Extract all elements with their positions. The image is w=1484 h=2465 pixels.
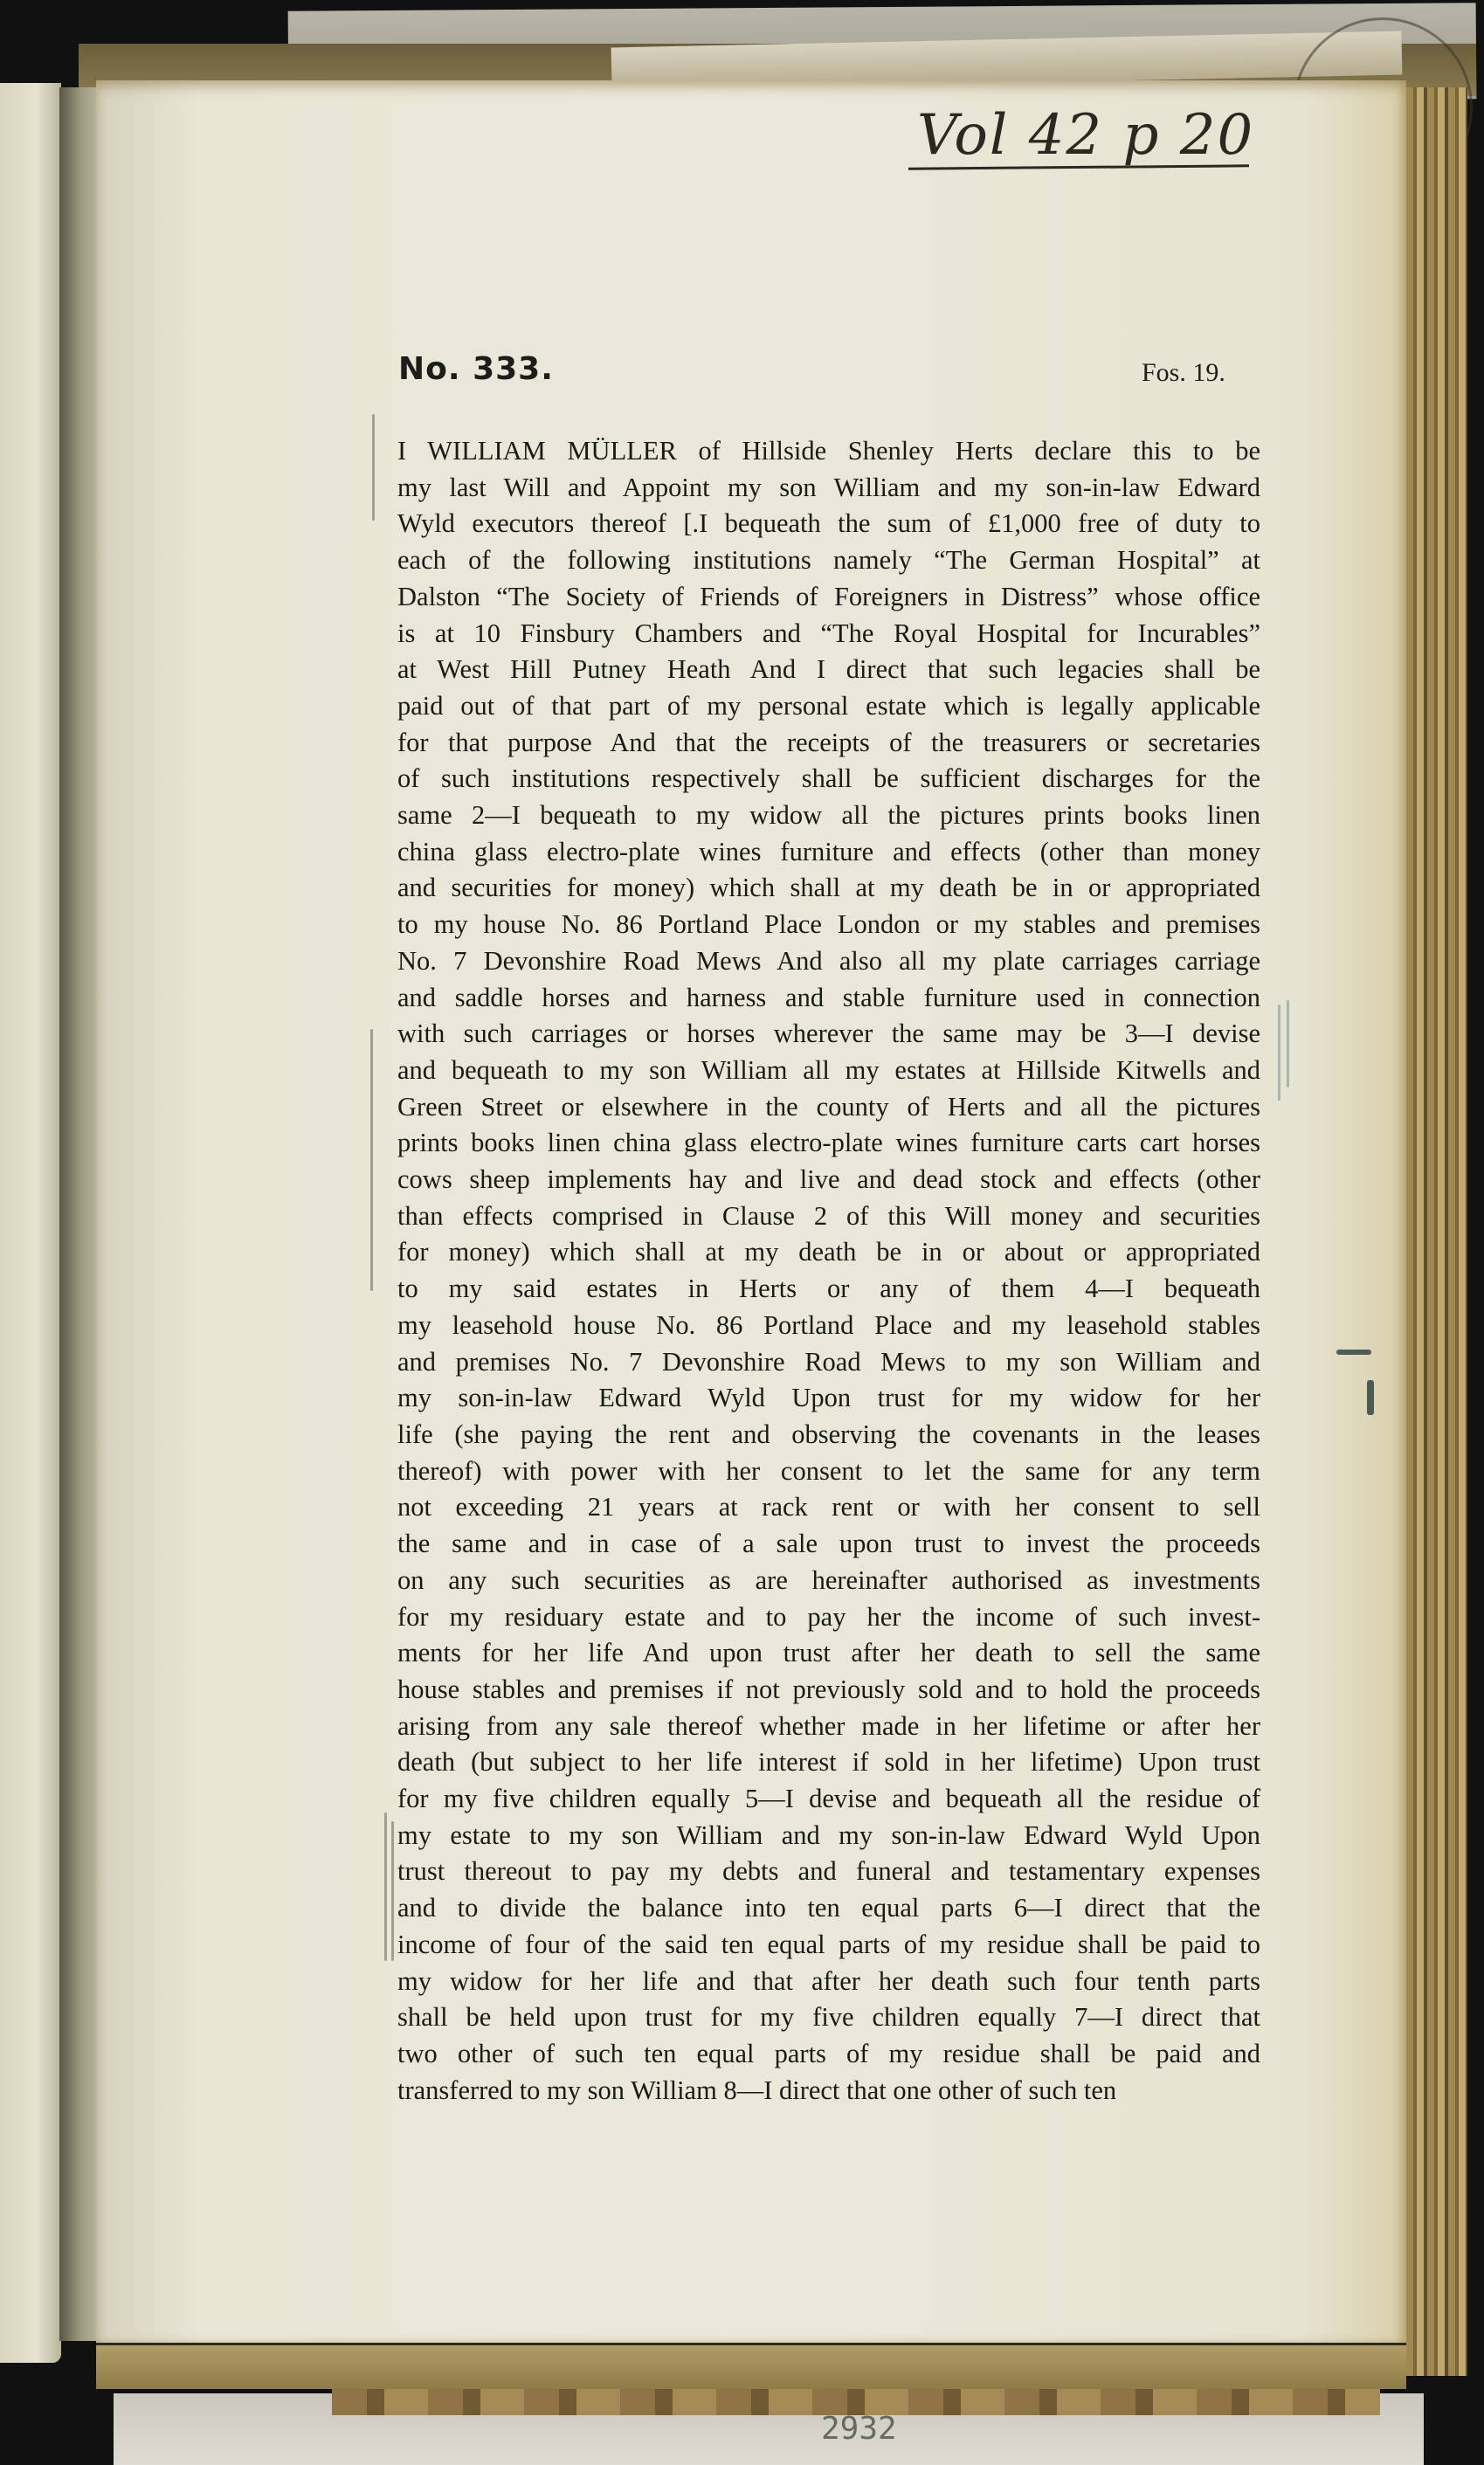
text-line: same 2—I bequeath to my widow all the pi… (397, 797, 1260, 834)
text-line: at West Hill Putney Heath And I direct t… (397, 652, 1260, 688)
text-line: transferred to my son William 8—I direct… (397, 2073, 1260, 2109)
ink-mark (1367, 1380, 1374, 1415)
will-body-text: I WILLIAM MÜLLER of Hillside Shenley Her… (397, 433, 1260, 2109)
bottom-stamp-number: 2932 (821, 2411, 897, 2447)
text-line: for my five children equally 5—I devise … (397, 1781, 1260, 1818)
text-line: for that purpose And that the receipts o… (397, 725, 1260, 762)
text-line: Wyld executors thereof [.I bequeath the … (397, 506, 1260, 542)
text-line: income of four of the said ten equal par… (397, 1927, 1260, 1964)
text-line: shall be held upon trust for my five chi… (397, 1999, 1260, 2036)
text-line: Green Street or elsewhere in the county … (397, 1089, 1260, 1126)
ink-mark (1336, 1350, 1371, 1355)
text-line: Dalston “The Society of Friends of Forei… (397, 579, 1260, 616)
text-line: not exceeding 21 years at rack rent or w… (397, 1489, 1260, 1526)
text-line: prints books linen china glass electro-p… (397, 1125, 1260, 1162)
text-line: and securities for money) which shall at… (397, 870, 1260, 907)
page-bottom-edge (96, 2343, 1406, 2389)
text-line: on any such securities as are hereinafte… (397, 1563, 1260, 1599)
text-line: to my said estates in Herts or any of th… (397, 1271, 1260, 1308)
text-line: and premises No. 7 Devonshire Road Mews … (397, 1344, 1260, 1381)
text-line: with such carriages or horses wherever t… (397, 1016, 1260, 1053)
page-stack-edge (1406, 87, 1467, 2376)
margin-pencil-mark (391, 1821, 394, 1961)
folio-number: Fos. 19. (1142, 358, 1225, 388)
text-line: house stables and premises if not previo… (397, 1672, 1260, 1709)
text-line: I WILLIAM MÜLLER of Hillside Shenley Her… (397, 433, 1260, 470)
text-line: than effects comprised in Clause 2 of th… (397, 1198, 1260, 1235)
text-line: life (she paying the rent and observing … (397, 1417, 1260, 1453)
text-line: thereof) with power with her consent to … (397, 1453, 1260, 1490)
text-line: of such institutions respectively shall … (397, 761, 1260, 797)
text-line: trust thereout to pay my debts and funer… (397, 1854, 1260, 1890)
margin-pencil-mark (384, 1812, 387, 1961)
text-line: and to divide the balance into ten equal… (397, 1890, 1260, 1927)
handwritten-volume-reference: Vol 42 p 20 (917, 103, 1254, 168)
margin-pencil-mark (1278, 1005, 1280, 1101)
text-line: is at 10 Finsbury Chambers and “The Roya… (397, 616, 1260, 652)
margin-pencil-mark (370, 1029, 373, 1291)
text-line: two other of such ten equal parts of my … (397, 2036, 1260, 2073)
text-line: and saddle horses and harness and stable… (397, 980, 1260, 1017)
text-line: arising from any sale thereof whether ma… (397, 1709, 1260, 1745)
text-line: to my house No. 86 Portland Place London… (397, 907, 1260, 943)
text-line: and bequeath to my son William all my es… (397, 1053, 1260, 1089)
left-facing-page (0, 83, 61, 2363)
text-line: my estate to my son William and my son-i… (397, 1818, 1260, 1854)
text-line: my leasehold house No. 86 Portland Place… (397, 1308, 1260, 1344)
text-line: my son-in-law Edward Wyld Upon trust for… (397, 1380, 1260, 1417)
text-line: my widow for her life and that after her… (397, 1964, 1260, 2000)
text-line: china glass electro-plate wines furnitur… (397, 834, 1260, 871)
text-line: ments for her life And upon trust after … (397, 1635, 1260, 1672)
text-line: for money) which shall at my death be in… (397, 1234, 1260, 1271)
text-line: No. 7 Devonshire Road Mews And also all … (397, 943, 1260, 980)
text-line: each of the following institutions namel… (397, 542, 1260, 579)
text-line: the same and in case of a sale upon trus… (397, 1526, 1260, 1563)
text-line: my last Will and Appoint my son William … (397, 470, 1260, 507)
text-line: paid out of that part of my personal est… (397, 688, 1260, 725)
text-line: cows sheep implements hay and live and d… (397, 1162, 1260, 1198)
margin-pencil-mark (372, 414, 375, 521)
entry-number: No. 333. (398, 351, 554, 387)
text-line: death (but subject to her life interest … (397, 1744, 1260, 1781)
margin-pencil-mark (1287, 1000, 1289, 1087)
text-line: for my residuary estate and to pay her t… (397, 1599, 1260, 1636)
